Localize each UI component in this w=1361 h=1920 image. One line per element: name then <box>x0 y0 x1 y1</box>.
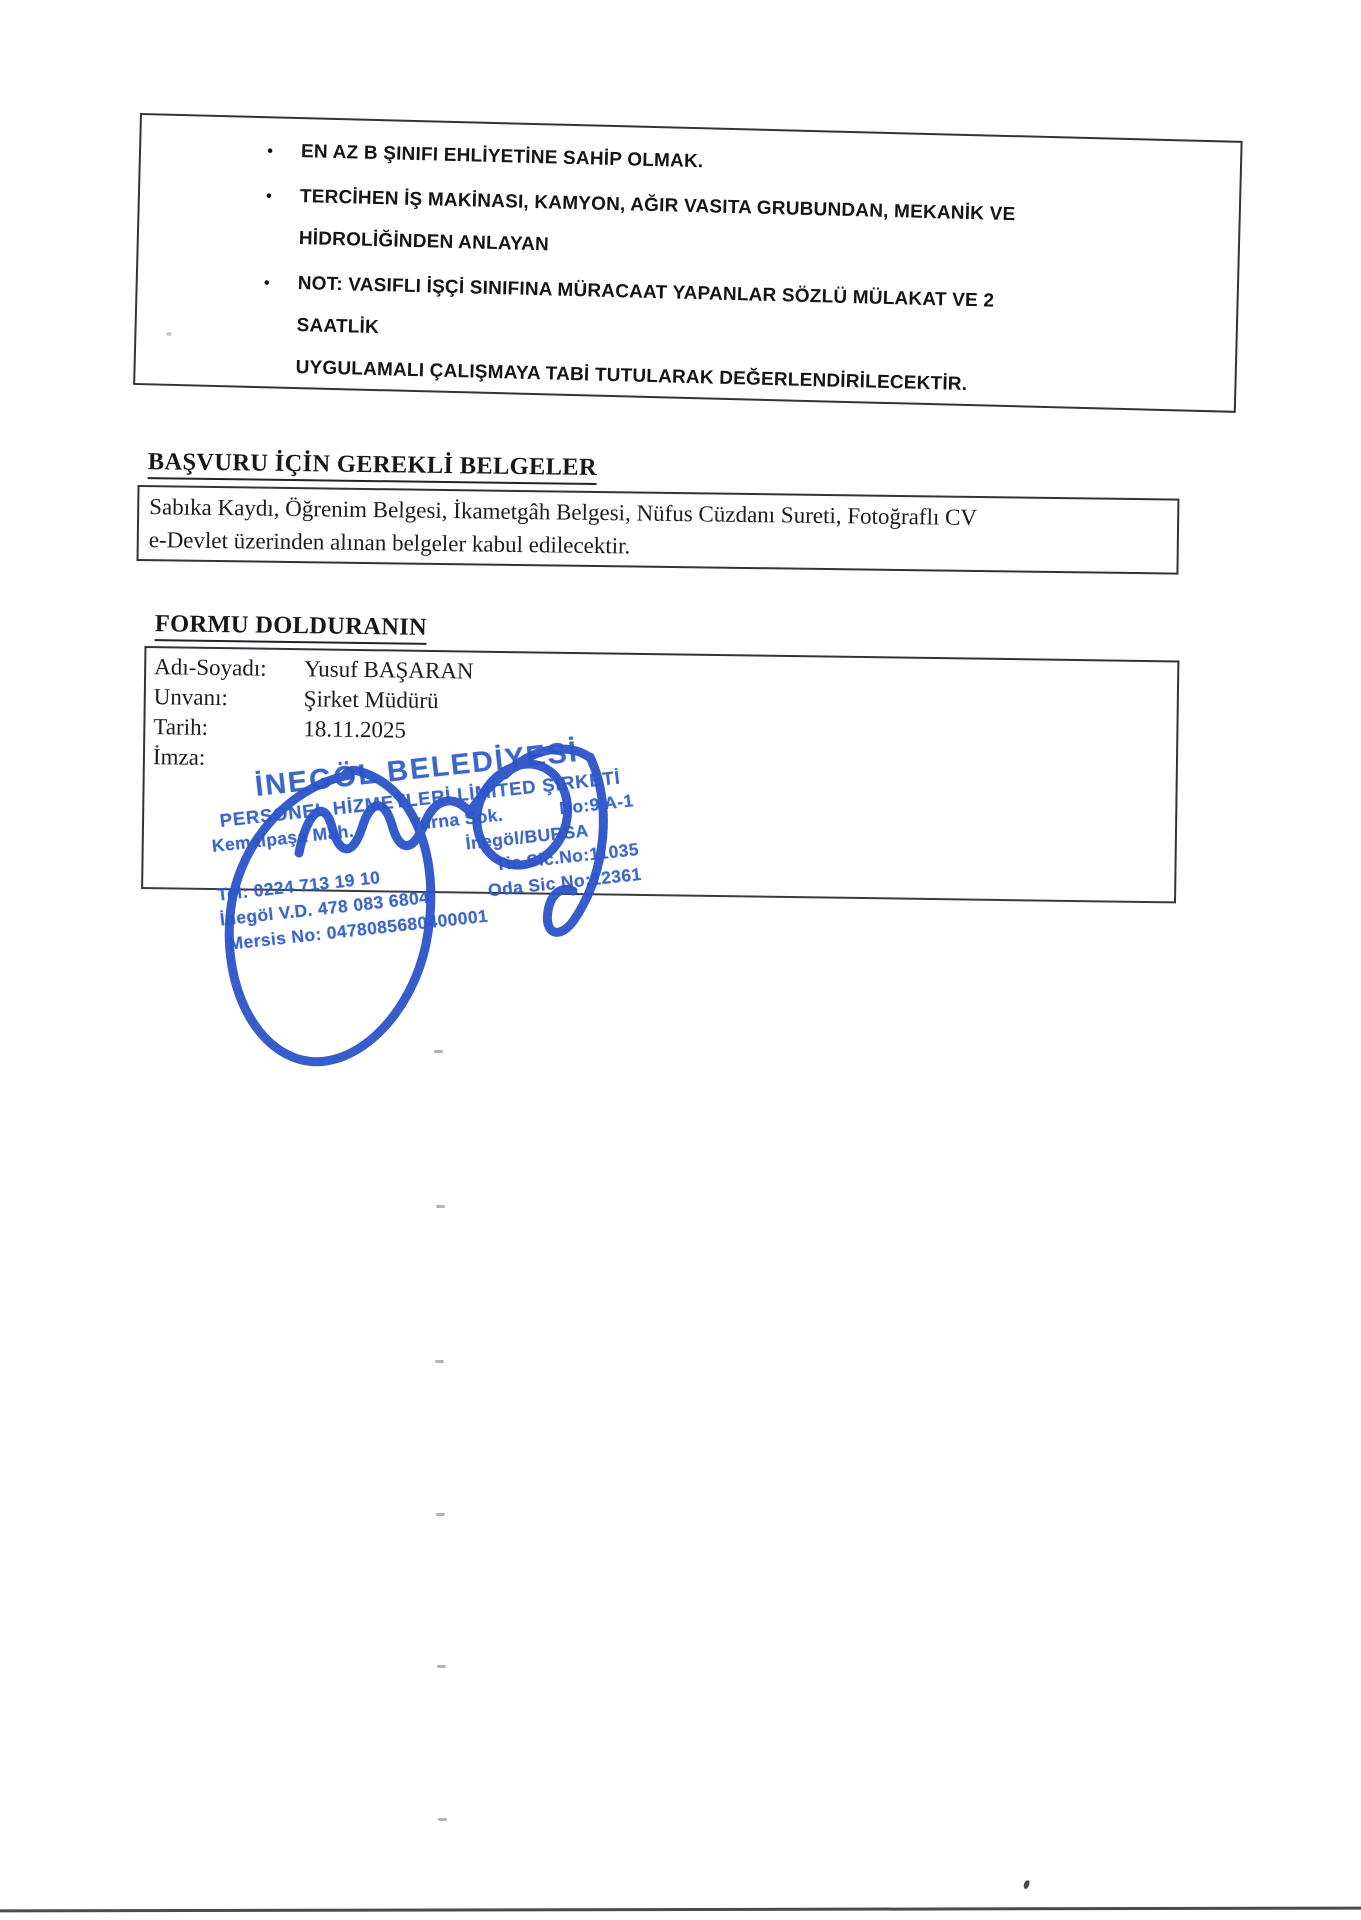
ink-speck <box>1023 1879 1031 1889</box>
requirement-text: TERCİHEN İŞ MAKİNASI, KAMYON, AĞIR VASIT… <box>298 176 1035 279</box>
bullet-icon: • <box>267 130 302 173</box>
scanned-document-page: • EN AZ B ŞINIFI EHLİYETİNE SAHİP OLMAK.… <box>0 0 1361 1920</box>
scan-edge-line <box>0 1907 1361 1913</box>
documents-box: Sabıka Kaydı, Öğrenim Belgesi, İkametgâh… <box>137 485 1180 575</box>
list-item: • NOT: VASIFLI İŞÇİ SINIFINA MÜRACAAT YA… <box>261 262 1217 412</box>
requirements-box: • EN AZ B ŞINIFI EHLİYETİNE SAHİP OLMAK.… <box>133 113 1243 413</box>
field-label: Adı-Soyadı: <box>154 652 304 684</box>
scan-mark <box>434 1050 443 1053</box>
scan-mark <box>438 1818 447 1821</box>
form-filler-heading: FORMU DOLDURANIN <box>155 610 428 645</box>
requirements-list: • EN AZ B ŞINIFI EHLİYETİNE SAHİP OLMAK.… <box>135 115 1240 413</box>
scan-mark <box>436 1205 445 1208</box>
bullet-icon: • <box>261 262 298 389</box>
field-label: Unvanı: <box>154 682 304 714</box>
documents-section-heading: BAŞVURU İÇİN GEREKLİ BELGELER <box>148 448 598 485</box>
field-label: Tarih: <box>153 712 303 744</box>
scan-mark <box>436 1513 445 1516</box>
scan-speck <box>166 332 172 336</box>
scan-mark <box>437 1665 446 1668</box>
bullet-icon: • <box>264 175 300 260</box>
documents-section: BAŞVURU İÇİN GEREKLİ BELGELER Sabıka Kay… <box>137 448 1182 575</box>
requirement-text: NOT: VASIFLI İŞÇİ SINIFINA MÜRACAAT YAPA… <box>295 263 1033 408</box>
scan-mark <box>435 1360 444 1363</box>
